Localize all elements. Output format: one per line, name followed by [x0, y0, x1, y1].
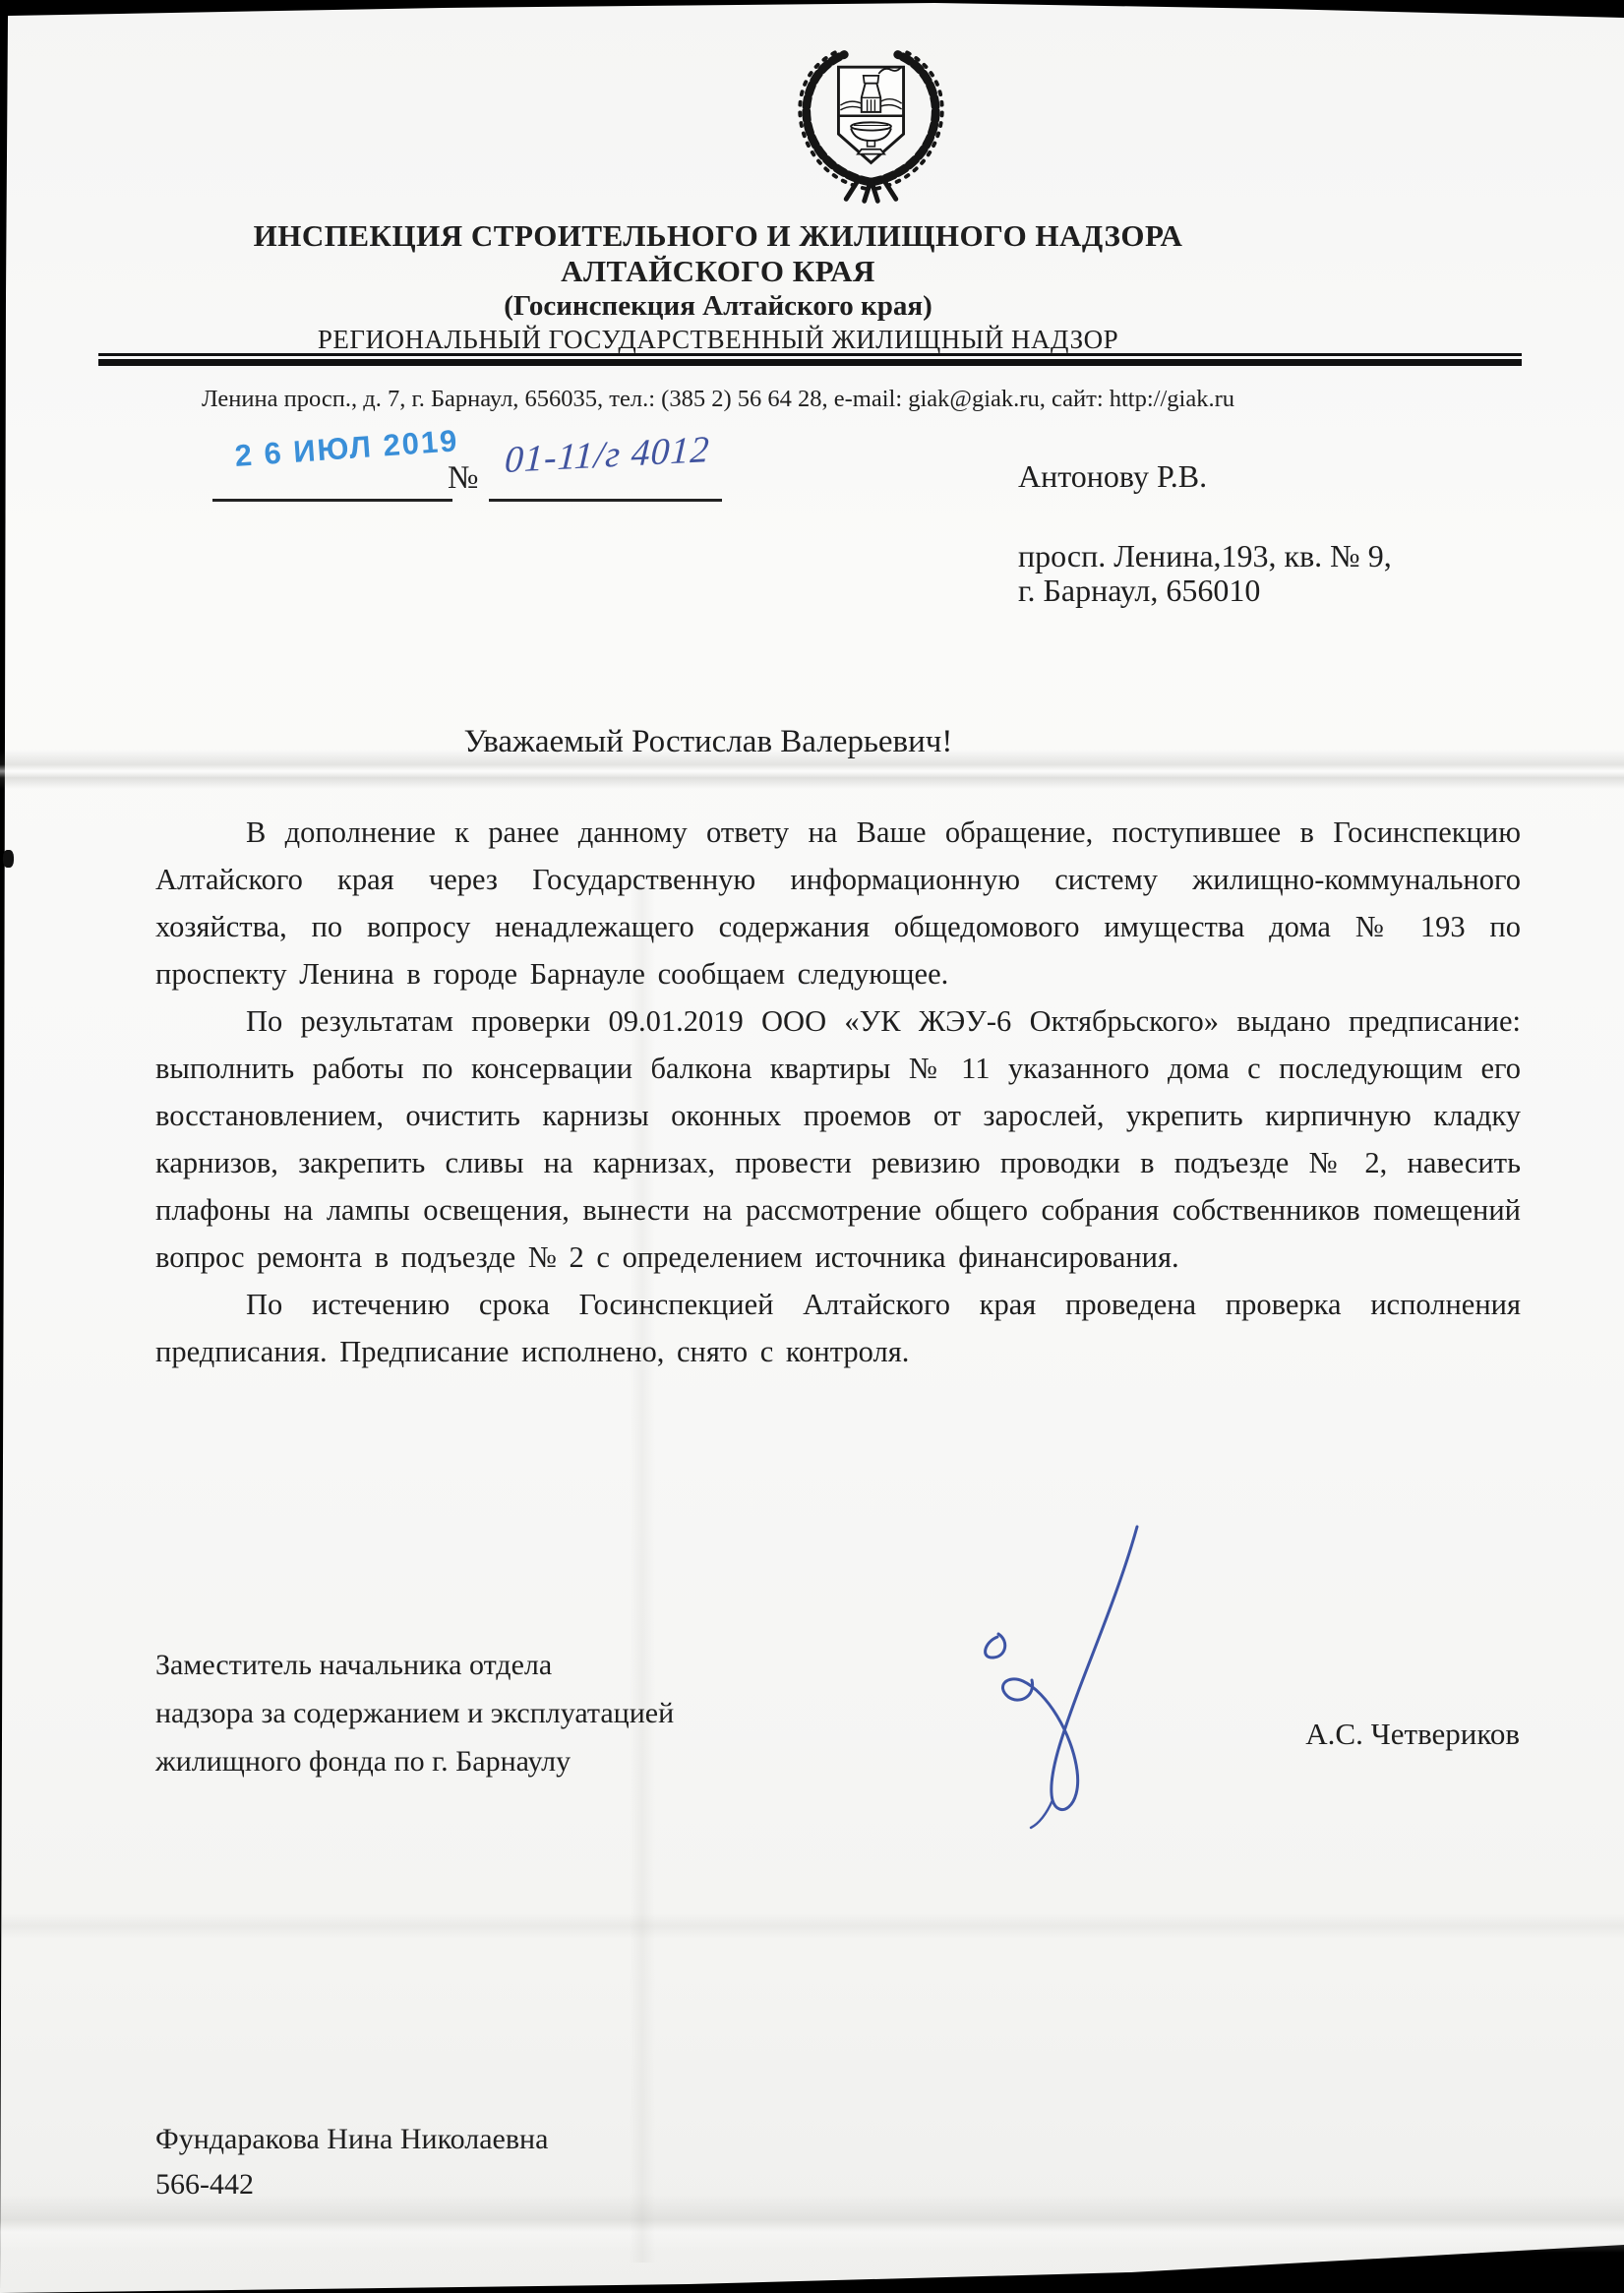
signer-position-line2: надзора за содержанием и эксплуатацией — [155, 1689, 674, 1737]
signer-position-line3: жилищного фонда по г. Барнаулу — [155, 1737, 674, 1785]
salutation: Уважаемый Ростислав Валерьевич! — [98, 724, 1318, 760]
executor-block: Фундаракова Нина Николаевна 566-442 — [155, 2117, 548, 2207]
body-paragraph-2: По результатам проверки 09.01.2019 ООО «… — [155, 997, 1521, 1281]
org-subtitle: РЕГИОНАЛЬНЫЙ ГОСУДАРСТВЕННЫЙ ЖИЛИЩНЫЙ НА… — [79, 325, 1357, 355]
addressee-address-line1: просп. Ленина,193, кв. № 9, — [1018, 539, 1392, 573]
scan-edge-mark — [3, 850, 14, 868]
signer-position-line1: Заместитель начальника отдела — [155, 1641, 674, 1689]
signer-name: А.С. Четвериков — [1305, 1717, 1520, 1752]
number-label: № — [448, 460, 479, 497]
altai-krai-coat-of-arms-icon — [785, 45, 957, 205]
addressee-block: Антонову Р.В. просп. Ленина,193, кв. № 9… — [1018, 458, 1392, 608]
date-underline — [212, 499, 452, 502]
body-paragraph-1: В дополнение к ранее данному ответу на В… — [155, 809, 1521, 997]
number-underline — [489, 499, 722, 502]
addressee-address: просп. Ленина,193, кв. № 9, г. Барнаул, … — [1018, 539, 1392, 608]
scanned-letter-page: ИНСПЕКЦИЯ СТРОИТЕЛЬНОГО И ЖИЛИЩНОГО НАДЗ… — [0, 0, 1624, 2293]
body-paragraph-3: По истечению срока Госинспекцией Алтайск… — [155, 1281, 1521, 1375]
org-name-line2: АЛТАЙСКОГО КРАЯ — [79, 254, 1357, 289]
signer-position-block: Заместитель начальника отдела надзора за… — [155, 1641, 674, 1785]
executor-phone: 566-442 — [155, 2162, 548, 2207]
addressee-address-line2: г. Барнаул, 656010 — [1018, 573, 1392, 608]
org-name-line1: ИНСПЕКЦИЯ СТРОИТЕЛЬНОГО И ЖИЛИЩНОГО НАДЗ… — [79, 218, 1357, 254]
signature-ink — [936, 1523, 1173, 1830]
addressee-name: Антонову Р.В. — [1018, 458, 1392, 494]
letterhead-divider — [98, 353, 1522, 368]
org-contact-line: Ленина просп., д. 7, г. Барнаул, 656035,… — [79, 386, 1357, 413]
letter-body: В дополнение к ранее данному ответу на В… — [155, 809, 1521, 1375]
executor-name: Фундаракова Нина Николаевна — [155, 2117, 548, 2162]
org-short-name: (Госинспекция Алтайского края) — [79, 290, 1357, 323]
